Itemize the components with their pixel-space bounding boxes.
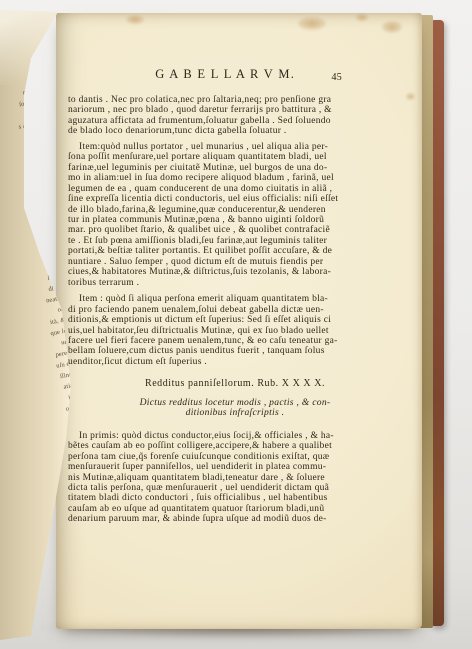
running-header-title: G A B E L L A R V M. (155, 69, 295, 79)
paragraph-item-portator: Item:quòd nullus portator , uel munarius… (68, 142, 402, 288)
page-number: 45 (331, 73, 342, 83)
rubric-heading: Redditus panniſellorum. Rub. X X X X. (68, 379, 402, 389)
running-header: G A B E L L A R V M. 45 (68, 69, 402, 93)
foxing-spot (126, 15, 144, 24)
foxing-spot (356, 14, 368, 21)
paragraph-in-primis: In primis: quòd dictus conductor,eius ſo… (68, 431, 402, 525)
paragraph-continuation: to dantis . Nec pro colatica,nec pro ſal… (68, 95, 402, 137)
foxing-spot (382, 21, 402, 33)
text-block: G A B E L L A R V M. 45 to dantis . Nec … (68, 69, 402, 525)
main-page: G A B E L L A R V M. 45 to dantis . Nec … (56, 13, 422, 629)
paragraph-item-panem-venalem: Item : quòd ſi aliqua perſona emerit ali… (68, 294, 402, 367)
photo-backdrop: G A B E L L A R V M. 45 to dantis . Nec … (0, 0, 472, 649)
foxing-spot (298, 17, 326, 30)
rubric-subheading: Dictus redditus locetur modis , pactis ,… (68, 398, 402, 419)
foxing-spot (406, 93, 415, 100)
